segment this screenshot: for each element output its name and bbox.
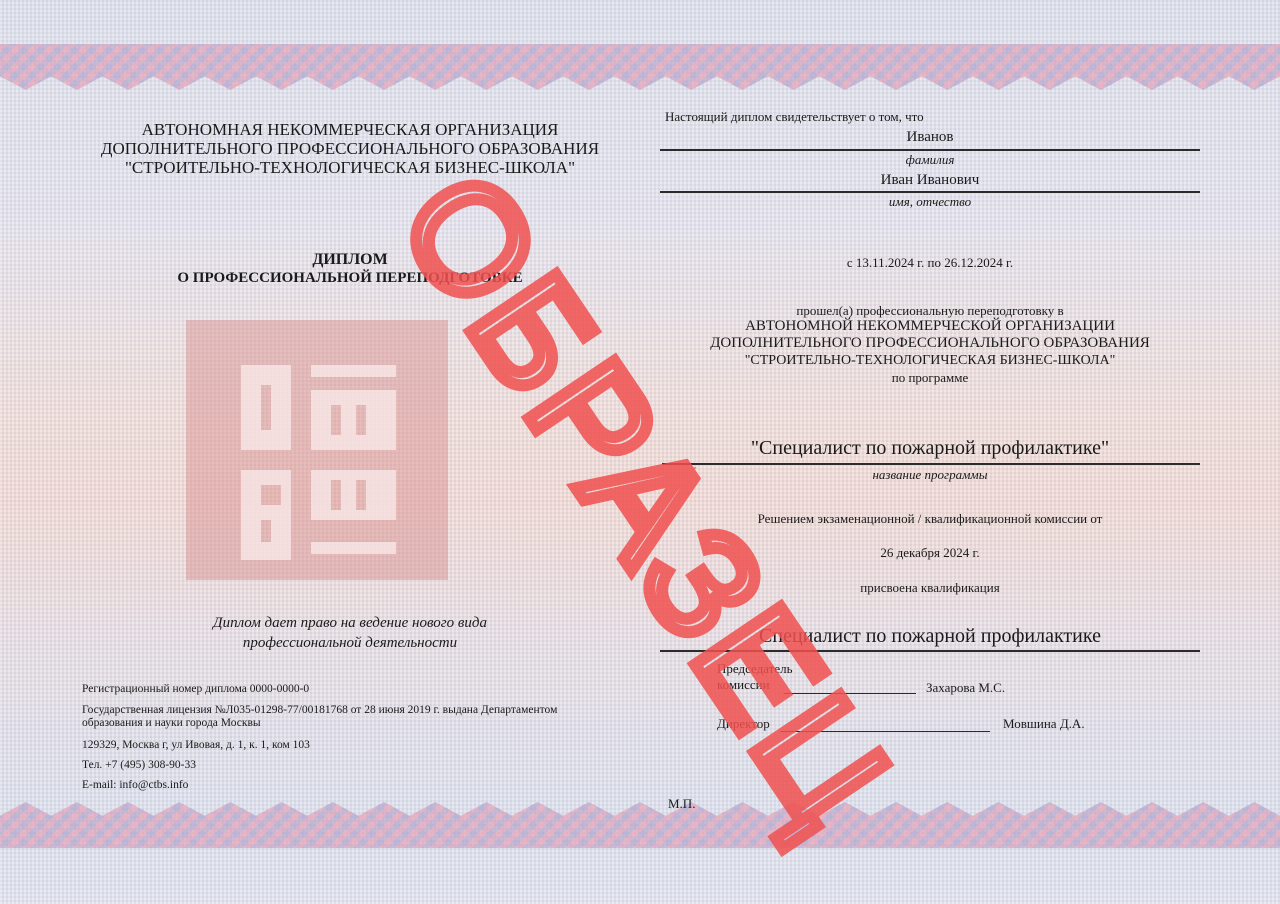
name-rule: [660, 191, 1200, 193]
director-signature-line: [780, 731, 990, 732]
org-line: АВТОНОМНАЯ НЕКОММЕРЧЕСКАЯ ОРГАНИЗАЦИЯ: [60, 120, 640, 139]
chairman-signature-line: [784, 693, 916, 694]
license-line: образования и науки города Москвы: [82, 717, 642, 730]
name-caption: имя, отчество: [660, 194, 1200, 210]
document-title: ДИПЛОМ: [60, 250, 640, 269]
document-title-block: ДИПЛОМ О ПРОФЕССИОНАЛЬНОЙ ПЕРЕПОДГОТОВКЕ: [60, 250, 640, 288]
qualification-label: присвоена квалификация: [660, 580, 1200, 596]
director-name: Мовшина Д.А.: [1003, 716, 1085, 732]
license-info: Государственная лицензия №Л035-01298-77/…: [82, 704, 642, 730]
intro-text: Настоящий диплом свидетельствует о том, …: [665, 109, 924, 125]
org-line: "СТРОИТЕЛЬНО-ТЕХНОЛОГИЧЕСКАЯ БИЗНЕС-ШКОЛ…: [60, 158, 640, 177]
chairman-label-line: комиссии: [717, 677, 793, 693]
license-line: Государственная лицензия №Л035-01298-77/…: [82, 704, 642, 717]
completed-text: прошел(а) профессиональную переподготовк…: [660, 303, 1200, 319]
surname-caption: фамилия: [660, 152, 1200, 168]
program-caption: название программы: [660, 467, 1200, 483]
registration-number: Регистрационный номер диплома 0000-0000-…: [82, 683, 642, 696]
org-line: ДОПОЛНИТЕЛЬНОГО ПРОФЕССИОНАЛЬНОГО ОБРАЗО…: [60, 139, 640, 158]
qualification-rule: [660, 650, 1200, 652]
seal-place: М.П.: [668, 796, 695, 812]
ctbs-logo-icon: [186, 320, 448, 580]
program-name: "Специалист по пожарной профилактике": [660, 437, 1200, 460]
rights-line: Диплом дает право на ведение нового вида: [150, 613, 550, 633]
director-label: Директор: [717, 716, 770, 732]
name-patronymic: Иван Иванович: [660, 172, 1200, 189]
rights-statement: Диплом дает право на ведение нового вида…: [150, 613, 550, 653]
email: E-mail: info@ctbs.info: [82, 779, 642, 792]
rights-line: профессиональной деятельности: [150, 633, 550, 653]
commission-decision: Решением экзаменационной / квалификацион…: [660, 511, 1200, 527]
by-program: по программе: [660, 370, 1200, 386]
chairman-label-line: Председатель: [717, 661, 793, 677]
chairman-label: Председатель комиссии: [717, 661, 793, 693]
surname: Иванов: [660, 129, 1200, 146]
qualification: Специалист по пожарной профилактике: [660, 625, 1200, 648]
surname-rule: [660, 149, 1200, 151]
org-line: ДОПОЛНИТЕЛЬНОГО ПРОФЕССИОНАЛЬНОГО ОБРАЗО…: [660, 335, 1200, 352]
decision-date: 26 декабря 2024 г.: [660, 545, 1200, 561]
decorative-border-bottom: [0, 802, 1280, 848]
training-period: с 13.11.2024 г. по 26.12.2024 г.: [660, 255, 1200, 271]
phone: Тел. +7 (495) 308-90-33: [82, 759, 642, 772]
program-rule: [662, 463, 1200, 465]
org-line: АВТОНОМНОЙ НЕКОММЕРЧЕСКОЙ ОРГАНИЗАЦИИ: [660, 318, 1200, 335]
address: 129329, Москва г, ул Ивовая, д. 1, к. 1,…: [82, 739, 642, 752]
organization-name-right: АВТОНОМНОЙ НЕКОММЕРЧЕСКОЙ ОРГАНИЗАЦИИ ДО…: [660, 318, 1200, 369]
org-line: "СТРОИТЕЛЬНО-ТЕХНОЛОГИЧЕСКАЯ БИЗНЕС-ШКОЛ…: [660, 352, 1200, 369]
organization-name-left: АВТОНОМНАЯ НЕКОММЕРЧЕСКАЯ ОРГАНИЗАЦИЯ ДО…: [60, 120, 640, 177]
decorative-border-top: [0, 44, 1280, 90]
document-subtitle: О ПРОФЕССИОНАЛЬНОЙ ПЕРЕПОДГОТОВКЕ: [60, 269, 640, 288]
chairman-name: Захарова М.С.: [926, 680, 1005, 696]
